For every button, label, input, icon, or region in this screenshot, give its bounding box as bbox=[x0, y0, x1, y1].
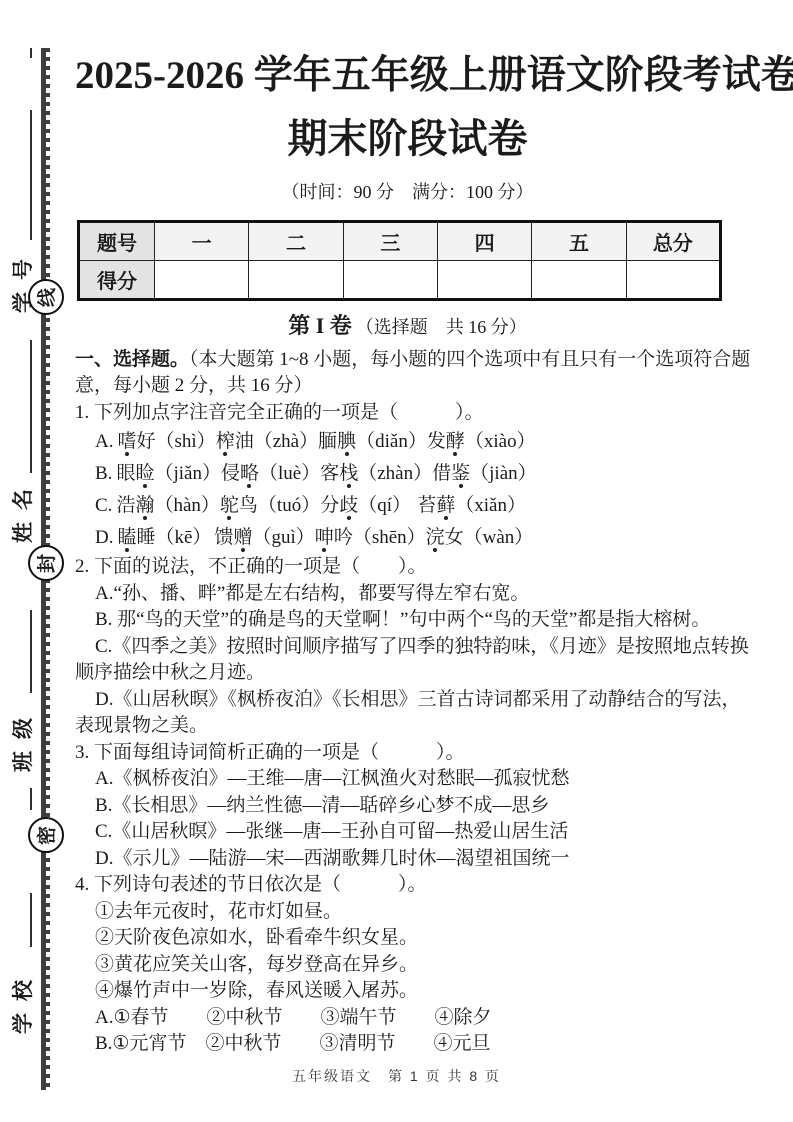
q4-option-a: A.①春节 ②中秋节 ③端午节 ④除夕 bbox=[75, 1005, 740, 1032]
dotted-char: 歧 bbox=[339, 495, 358, 516]
word-pre: 苔 bbox=[417, 495, 436, 516]
word-with-pinyin: 浣女（wàn） bbox=[426, 522, 534, 554]
word-with-pinyin: 分歧（qí） bbox=[320, 490, 417, 522]
question-body: 一、选择题。（本大题第 1~8 小题，每小题的四个选项中有且只有一个选项符合题 … bbox=[75, 347, 740, 1058]
word-pre: 腼 bbox=[318, 431, 337, 452]
seal-char-secret: 密 bbox=[28, 817, 64, 853]
dotted-char: 瞌 bbox=[117, 527, 136, 548]
dotted-char: 瀚 bbox=[135, 495, 154, 516]
q2-option-c-line2: 顺序描绘中秋之月迹。 bbox=[75, 660, 740, 687]
volume-heading: 第 I 卷 （选择题 共 16 分） bbox=[75, 309, 740, 340]
score-cell-empty bbox=[155, 260, 249, 299]
score-table-header-1: 一 bbox=[155, 221, 249, 260]
score-table-header-4: 四 bbox=[437, 221, 531, 260]
q4-poem-2: ②天阶夜色凉如水，卧看牵牛织女星。 bbox=[75, 925, 740, 952]
q2-option-d-line1: D.《山居秋暝》《枫桥夜泊》《长相思》三首古诗词都采用了动静结合的写法， bbox=[75, 687, 740, 714]
q4-option-b: B.①元宵节 ②中秋节 ③清明节 ④元旦 bbox=[75, 1031, 740, 1058]
dotted-char: 呻 bbox=[315, 527, 334, 548]
q1-options: A.嗜好（shì）榨油（zhà）腼腆（diǎn）发酵（xiào） B.眼睑（ji… bbox=[75, 426, 740, 554]
word-with-pinyin: 馈赠（guì） bbox=[214, 522, 314, 554]
word-rest: （luè） bbox=[259, 463, 320, 484]
score-table-header-3: 三 bbox=[343, 221, 437, 260]
word-pre: 客 bbox=[320, 463, 339, 484]
word-with-pinyin: 腼腆（diǎn） bbox=[318, 426, 427, 458]
word-with-pinyin: 鸵鸟（tuó） bbox=[220, 490, 320, 522]
q2-option-a: A.“孙、播、畔”都是左右结构，都要写得左窄右宽。 bbox=[75, 581, 740, 608]
dotted-char: 略 bbox=[240, 463, 259, 484]
dotted-char: 腆 bbox=[337, 431, 356, 452]
word-with-pinyin: 榨油（zhà） bbox=[216, 426, 318, 458]
word-pre: 浩 bbox=[116, 495, 135, 516]
seal-char-line-text: 线 bbox=[32, 287, 59, 306]
dotted-char: 浣 bbox=[426, 527, 445, 548]
word-with-pinyin: 客栈（zhàn） bbox=[320, 458, 432, 490]
option-label: C. bbox=[95, 495, 112, 516]
word-with-pinyin: 呻吟（shēn） bbox=[315, 522, 426, 554]
q1-option-b: B.眼睑（jiǎn）侵略（luè）客栈（zhàn）借鉴（jiàn） bbox=[75, 458, 740, 490]
word-rest: （zhàn） bbox=[358, 463, 432, 484]
option-label: A. bbox=[95, 431, 113, 452]
word-pre: 侵 bbox=[221, 463, 240, 484]
q3-option-b: B.《长相思》—纳兰性德—清—聒碎乡心梦不成—思乡 bbox=[75, 793, 740, 820]
class-blank-line bbox=[30, 610, 32, 693]
word-rest: （qí） bbox=[358, 495, 411, 516]
word-rest: 吟（shēn） bbox=[334, 527, 426, 548]
score-table-header-tihao: 题号 bbox=[79, 221, 155, 260]
section-intro-rest: （本大题第 1~8 小题，每小题的四个选项中有且只有一个选项符合题 bbox=[189, 349, 750, 370]
q4-poem-4: ④爆竹声中一岁除，春风送暖入屠苏。 bbox=[75, 978, 740, 1005]
word-rest: （jiǎn） bbox=[154, 463, 221, 484]
label-name: 姓名 bbox=[7, 477, 37, 543]
option-label: B. bbox=[95, 463, 112, 484]
section-intro-bold: 一、选择题。 bbox=[75, 349, 189, 370]
word-rest: （diǎn） bbox=[356, 431, 427, 452]
score-cell-empty bbox=[249, 260, 343, 299]
seal-char-secret-text: 密 bbox=[32, 825, 59, 844]
q3-option-c: C.《山居秋暝》—张继—唐—王孙自可留—热爱山居生活 bbox=[75, 819, 740, 846]
q2-option-b: B. 那“鸟的天堂”的确是鸟的天堂啊！”句中两个“鸟的天堂”都是指大榕树。 bbox=[75, 607, 740, 634]
word-pre: 发 bbox=[427, 431, 446, 452]
school-blank-line-upper bbox=[30, 788, 32, 810]
word-pre: 分 bbox=[320, 495, 339, 516]
dotted-char: 鉴 bbox=[451, 463, 470, 484]
word-pre: 馈 bbox=[214, 527, 233, 548]
word-with-pinyin: 借鉴（jiàn） bbox=[432, 458, 537, 490]
word-with-pinyin: 发酵（xiào） bbox=[427, 426, 536, 458]
dotted-char: 鸵 bbox=[220, 495, 239, 516]
q4-poem-3: ③黄花应笑关山客，每岁登高在异乡。 bbox=[75, 952, 740, 979]
q2-option-c-line1: C.《四季之美》按照时间顺序描写了四季的独特韵味，《月迹》是按照地点转换 bbox=[75, 634, 740, 661]
score-cell-empty bbox=[626, 260, 720, 299]
student-id-blank-line bbox=[30, 110, 32, 240]
dotted-char: 睑 bbox=[135, 463, 154, 484]
exam-title: 2025-2026 学年五年级上册语文阶段考试卷 bbox=[75, 54, 740, 99]
score-cell-empty bbox=[343, 260, 437, 299]
q2-stem: 2. 下面的说法，不正确的一项是（ ）。 bbox=[75, 554, 740, 581]
score-table-header-row: 题号 一 二 三 四 五 总分 bbox=[79, 221, 721, 260]
seal-char-line: 线 bbox=[28, 279, 64, 315]
volume-heading-bold: 第 I 卷 bbox=[288, 313, 352, 338]
exam-content: 2025-2026 学年五年级上册语文阶段考试卷 期末阶段试卷 （时间：90 分… bbox=[75, 0, 740, 1058]
seal-char-seal-text: 封 bbox=[32, 553, 59, 572]
score-table: 题号 一 二 三 四 五 总分 得分 bbox=[77, 220, 722, 301]
page-footer: 五年级语文 第 1 页 共 8 页 bbox=[0, 1066, 793, 1086]
dotted-char: 榨 bbox=[216, 431, 235, 452]
q2-option-d-line2: 表现景物之美。 bbox=[75, 713, 740, 740]
dotted-char: 嗜 bbox=[117, 431, 136, 452]
score-table-header-total: 总分 bbox=[626, 221, 720, 260]
score-table-score-row: 得分 bbox=[79, 260, 721, 299]
dotted-char: 藓 bbox=[436, 495, 455, 516]
section-intro-line2: 意，每小题 2 分，共 16 分） bbox=[75, 373, 740, 400]
word-rest: 鸟（tuó） bbox=[239, 495, 320, 516]
dotted-char: 酵 bbox=[446, 431, 465, 452]
score-table-header-2: 二 bbox=[249, 221, 343, 260]
seal-char-seal: 封 bbox=[28, 545, 64, 581]
word-rest: （jiàn） bbox=[470, 463, 537, 484]
dotted-char: 赠 bbox=[234, 527, 253, 548]
word-pre: 眼 bbox=[116, 463, 135, 484]
exam-subtitle: 期末阶段试卷 bbox=[75, 107, 740, 164]
q1-option-c: C.浩瀚（hàn）鸵鸟（tuó）分歧（qí）苔藓（xiǎn） bbox=[75, 490, 740, 522]
label-class: 班级 bbox=[7, 706, 37, 772]
q1-option-d: D.瞌睡（kē）馈赠（guì）呻吟（shēn）浣女（wàn） bbox=[75, 522, 740, 554]
word-rest: 油（zhà） bbox=[235, 431, 318, 452]
word-rest: （xiào） bbox=[465, 431, 536, 452]
word-rest: （hàn） bbox=[154, 495, 219, 516]
word-with-pinyin: 苔藓（xiǎn） bbox=[417, 490, 526, 522]
word-with-pinyin: 瞌睡（kē） bbox=[117, 522, 214, 554]
volume-heading-rest: （选择题 共 16 分） bbox=[356, 317, 527, 337]
q1-stem: 1. 下列加点字注音完全正确的一项是（ ）。 bbox=[75, 400, 740, 427]
school-blank-line-lower bbox=[30, 893, 32, 947]
word-with-pinyin: 浩瀚（hàn） bbox=[116, 490, 219, 522]
section-intro-line1: 一、选择题。（本大题第 1~8 小题，每小题的四个选项中有且只有一个选项符合题 bbox=[75, 347, 740, 374]
word-with-pinyin: 侵略（luè） bbox=[221, 458, 320, 490]
q1-option-a: A.嗜好（shì）榨油（zhà）腼腆（diǎn）发酵（xiào） bbox=[75, 426, 740, 458]
score-cell-empty bbox=[437, 260, 531, 299]
q3-option-a: A.《枫桥夜泊》—王维—唐—江枫渔火对愁眠—孤寂忧愁 bbox=[75, 766, 740, 793]
score-table-header-5: 五 bbox=[532, 221, 626, 260]
word-rest: （xiǎn） bbox=[455, 495, 526, 516]
word-rest: 好（shì） bbox=[137, 431, 216, 452]
word-pre: 借 bbox=[432, 463, 451, 484]
dotted-char: 栈 bbox=[339, 463, 358, 484]
word-rest: 女（wàn） bbox=[445, 527, 534, 548]
label-school: 学校 bbox=[7, 968, 37, 1034]
q3-stem: 3. 下面每组诗词简析正确的一项是（ ）。 bbox=[75, 740, 740, 767]
option-label: D. bbox=[95, 527, 113, 548]
blank-line-top-tick bbox=[30, 48, 32, 58]
q4-poem-1: ①去年元夜时，花市灯如昼。 bbox=[75, 899, 740, 926]
score-cell-empty bbox=[532, 260, 626, 299]
word-rest: （guì） bbox=[253, 527, 315, 548]
q4-stem: 4. 下列诗句表述的节日依次是（ ）。 bbox=[75, 872, 740, 899]
word-rest: 睡（kē） bbox=[137, 527, 212, 548]
exam-time-score-info: （时间：90 分 满分：100 分） bbox=[75, 178, 740, 204]
name-blank-line bbox=[30, 340, 32, 473]
q3-option-d: D.《示儿》—陆游—宋—西湖歌舞几时休—渴望祖国统一 bbox=[75, 846, 740, 873]
word-with-pinyin: 嗜好（shì） bbox=[117, 426, 215, 458]
word-with-pinyin: 眼睑（jiǎn） bbox=[116, 458, 221, 490]
score-table-defen-label: 得分 bbox=[79, 260, 155, 299]
